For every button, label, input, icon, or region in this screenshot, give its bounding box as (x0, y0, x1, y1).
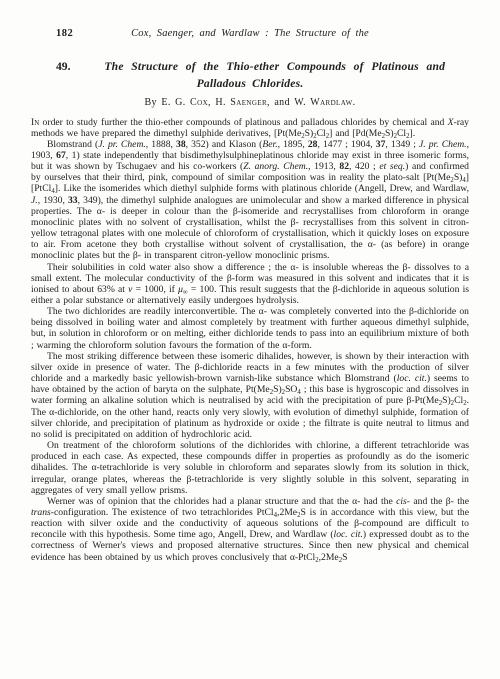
journal-page: 182 Cox, Saenger, and Wardlaw : The Stru… (0, 0, 500, 679)
paragraph-werner-configuration: Werner was of opinion that the chlorides… (31, 496, 469, 563)
article-title-line2: Palladous Chlorides. (31, 77, 469, 90)
article-title-row: 49. The Structure of the Thio-ether Comp… (31, 60, 469, 73)
paragraph-introduction: In order to study further the thio-ether… (31, 117, 469, 139)
article-number: 49. (56, 60, 71, 73)
paragraph-silver-oxide-reaction: The most striking difference between the… (31, 351, 469, 440)
page-content: 182 Cox, Saenger, and Wardlaw : The Stru… (31, 0, 469, 563)
paragraph-solubility-conductivity: Their solubilities in cold water also sh… (31, 262, 469, 307)
running-header: 182 Cox, Saenger, and Wardlaw : The Stru… (31, 28, 469, 41)
page-number: 182 (56, 28, 73, 39)
article-title-line1: The Structure of the Thio-ether Compound… (81, 60, 470, 73)
paragraph-literature-history: Blomstrand (J. pr. Chem., 1888, 38, 352)… (31, 139, 469, 262)
article-title-block: 49. The Structure of the Thio-ether Comp… (31, 60, 469, 90)
paragraph-interconversion: The two dichlorides are readily intercon… (31, 306, 469, 351)
running-head-title: Cox, Saenger, and Wardlaw : The Structur… (131, 28, 369, 39)
byline: By E. G. Cox, H. Saenger, and W. Wardlaw… (31, 97, 469, 108)
paragraph-tetrachlorides: On treatment of the chloroform solutions… (31, 440, 469, 496)
article-body: In order to study further the thio-ether… (31, 117, 469, 563)
